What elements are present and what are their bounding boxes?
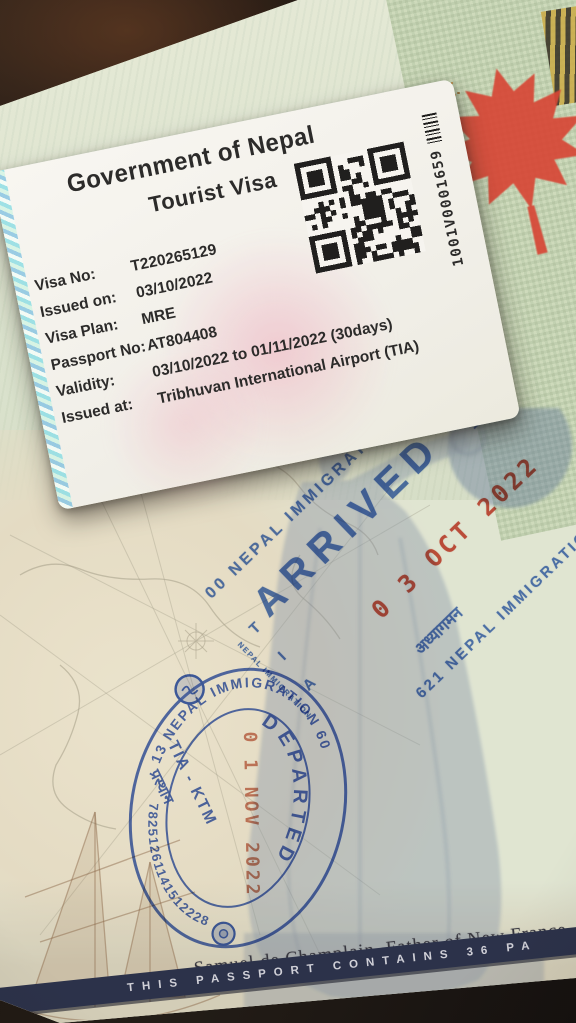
departure-date: 0 1 NOV 2022: [239, 731, 263, 897]
departure-ring-emblem-bottom: [210, 921, 236, 947]
qr-code: [294, 142, 426, 274]
perforation-dot: [457, 92, 460, 95]
departure-devanagari: प्रस्थान: [145, 766, 177, 807]
field-value: AT804408: [145, 324, 218, 356]
arrival-letter-t: T: [246, 619, 264, 638]
passport-photo: Samuel de Champlain, Father of New Franc…: [0, 0, 576, 1023]
field-value: MRE: [140, 305, 177, 330]
